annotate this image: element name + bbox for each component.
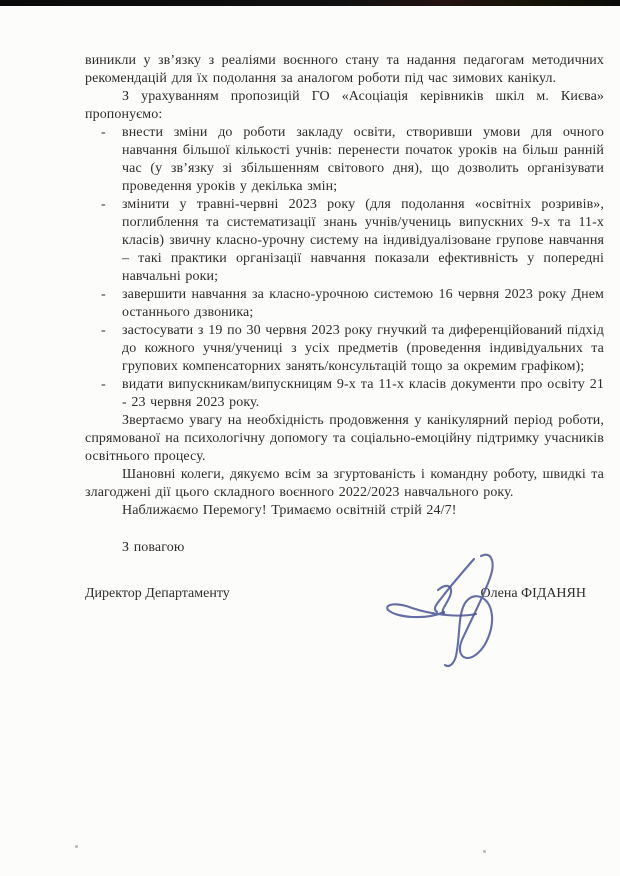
signer-name: Олена ФІДАНЯН	[481, 585, 586, 603]
bullet-dash: -	[101, 322, 106, 340]
signer-title: Директор Департаменту	[85, 585, 230, 603]
bullet-dash: -	[101, 124, 106, 142]
scan-speckle	[483, 850, 486, 853]
list-item: - застосувати з 19 по 30 червня 2023 рок…	[85, 322, 604, 376]
proposal-list: - внести зміни до роботи закладу освіти,…	[85, 124, 604, 412]
salutation: З повагою	[85, 539, 604, 557]
letter-page: виникли у зв’язку з реаліями воєнного ст…	[0, 6, 620, 876]
bullet-dash: -	[101, 196, 106, 214]
paragraph-slogan: Наближаємо Перемогу! Тримаємо освітній с…	[85, 502, 604, 520]
handwritten-signature-icon	[377, 551, 527, 669]
scan-speckle	[75, 845, 78, 848]
list-item: - видати випускникам/випускницям 9-х та …	[85, 376, 604, 412]
list-item: - змінити у травні-червні 2023 року (для…	[85, 196, 604, 286]
signature-block: Директор Департаменту Олена ФІДАНЯН	[85, 585, 604, 603]
bullet-dash: -	[101, 286, 106, 304]
list-item: - внести зміни до роботи закладу освіти,…	[85, 124, 604, 196]
bullet-dash: -	[101, 376, 106, 394]
list-item-text: змінити у травні-червні 2023 року (для п…	[122, 197, 604, 284]
list-item-text: завершити навчання за класно-урочною сис…	[122, 287, 604, 320]
paragraph-attention: Звертаємо увагу на необхідність продовже…	[85, 412, 604, 466]
list-item-text: застосувати з 19 по 30 червня 2023 року …	[122, 323, 604, 374]
list-item-text: видати випускникам/випускницям 9-х та 11…	[122, 377, 604, 410]
list-item-text: внести зміни до роботи закладу освіти, с…	[122, 125, 604, 194]
paragraph-thanks: Шановні колеги, дякуємо всім за згуртова…	[85, 466, 604, 502]
paragraph-proposal-intro: З урахуванням пропозицій ГО «Асоціація к…	[85, 88, 604, 124]
list-item: - завершити навчання за класно-урочною с…	[85, 286, 604, 322]
paragraph-continuation: виникли у зв’язку з реаліями воєнного ст…	[85, 52, 604, 88]
